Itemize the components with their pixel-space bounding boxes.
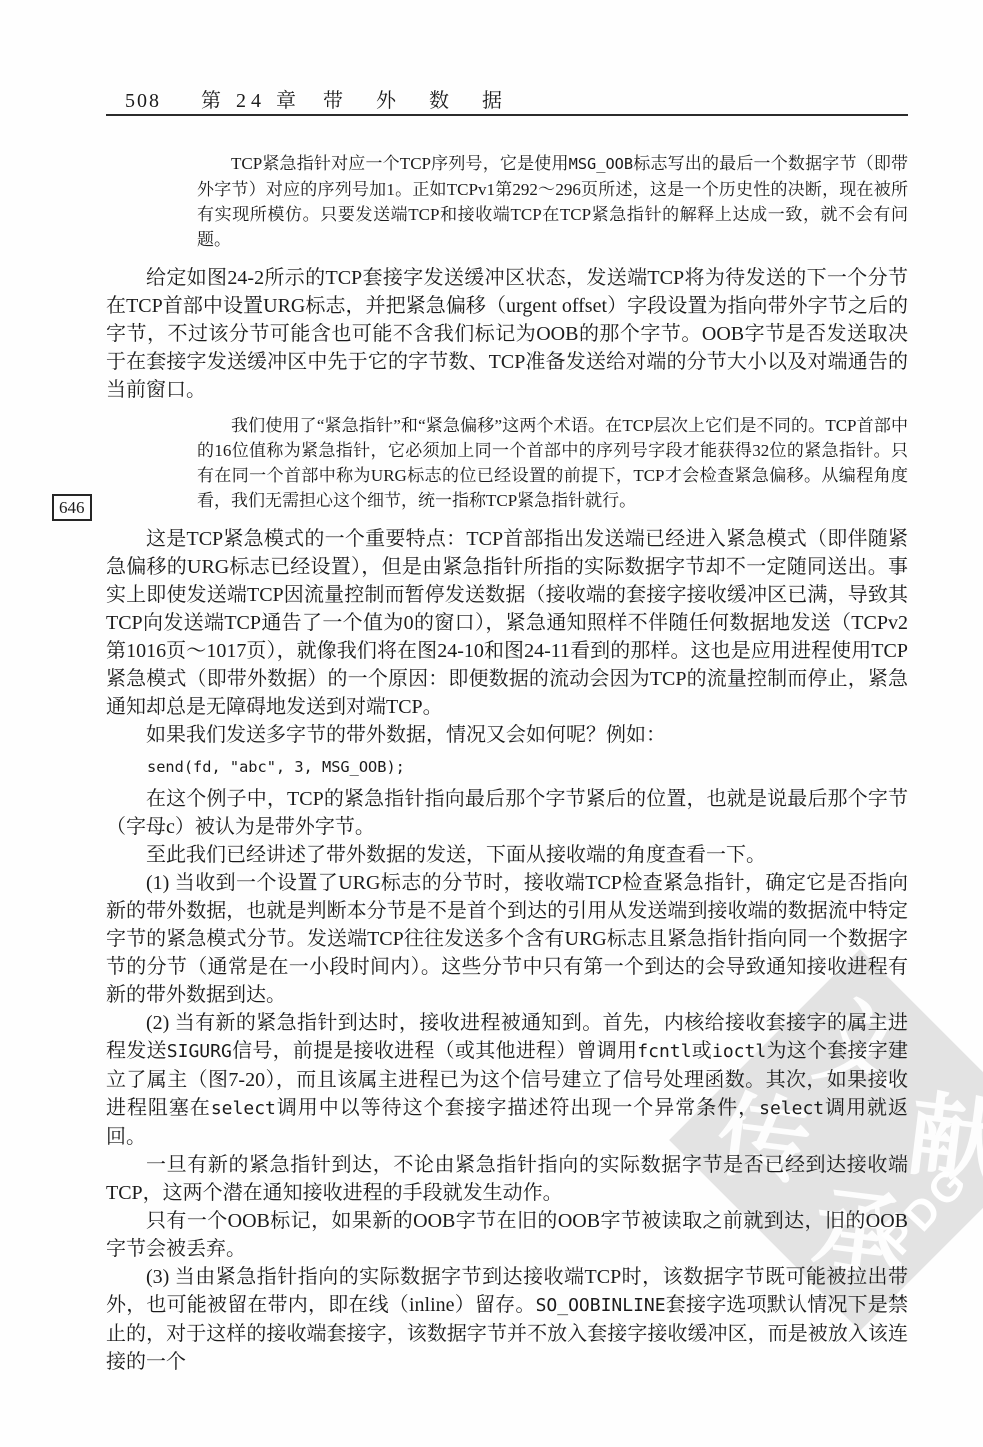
- body-paragraph: 如果我们发送多字节的带外数据，情况又会如何呢？例如：: [106, 721, 908, 749]
- body-paragraph: 只有一个OOB标记，如果新的OOB字节在旧的OOB字节被读取之前就到达，旧的OO…: [106, 1207, 908, 1263]
- header-rule: [106, 114, 908, 116]
- text-segment: 只有一个OOB标记，如果新的OOB字节在旧的OOB字节被读取之前就到达，旧的OO…: [106, 1210, 908, 1260]
- body-paragraph: 一旦有新的紧急指针到达，不论由紧急指针指向的实际数据字节是否已经到达接收端TCP…: [106, 1151, 908, 1207]
- text-segment: TCP紧急指针对应一个TCP序列号，它是使用: [231, 154, 569, 173]
- body-paragraph: (3) 当由紧急指针指向的实际数据字节到达接收端TCP时，该数据字节既可能被拉出…: [106, 1263, 908, 1376]
- text-segment: (1) 当收到一个设置了URG标志的分节时，接收端TCP检查紧急指针，确定它是否…: [106, 872, 908, 1006]
- body-paragraph: 在这个例子中，TCP的紧急指针指向最后那个字节紧后的位置，也就是说最后那个字节（…: [106, 785, 908, 841]
- inline-code: select: [211, 1098, 276, 1119]
- note-paragraph: 我们使用了“紧急指针”和“紧急偏移”这两个术语。在TCP层次上它们是不同的。TC…: [197, 413, 908, 513]
- text-segment: 一旦有新的紧急指针到达，不论由紧急指针指向的实际数据字节是否已经到达接收端TCP…: [106, 1154, 908, 1204]
- body-paragraph: 给定如图24-2所示的TCP套接字发送缓冲区状态，发送端TCP将为待发送的下一个…: [106, 264, 908, 404]
- page-body: TCP紧急指针对应一个TCP序列号，它是使用MSG_OOB标志写出的最后一个数据…: [106, 142, 908, 1376]
- page-header: 508 第 24 章 带 外 数 据: [106, 84, 908, 113]
- chapter-label: 第 24 章: [201, 84, 301, 113]
- inline-code: select: [759, 1098, 824, 1119]
- text-segment: 我们使用了“紧急指针”和“紧急偏移”这两个术语。在TCP层次上它们是不同的。TC…: [197, 416, 908, 510]
- code-line: send(fd, "abc", 3, MSG_OOB);: [147, 755, 908, 779]
- body-paragraph: (1) 当收到一个设置了URG标志的分节时，接收端TCP检查紧急指针，确定它是否…: [106, 869, 908, 1009]
- page-number: 508: [125, 90, 161, 113]
- text-segment: 至此我们已经讲述了带外数据的发送，下面从接收端的角度查看一下。: [146, 844, 766, 866]
- body-paragraph: (2) 当有新的紧急指针到达时，接收进程被通知到。首先，内核给接收套接字的属主进…: [106, 1009, 908, 1151]
- inline-code: SIGURG: [167, 1041, 232, 1062]
- margin-page-marker: 646: [52, 494, 92, 521]
- inline-code: MSG_OOB: [569, 155, 633, 173]
- text-segment: 信号，前提是接收进程（或其他进程）曾调用: [232, 1040, 637, 1062]
- chapter-title: 带 外 数 据: [323, 84, 516, 113]
- text-segment: 给定如图24-2所示的TCP套接字发送缓冲区状态，发送端TCP将为待发送的下一个…: [106, 267, 908, 401]
- text-segment: 如果我们发送多字节的带外数据，情况又会如何呢？例如：: [146, 724, 666, 746]
- text-segment: 在这个例子中，TCP的紧急指针指向最后那个字节紧后的位置，也就是说最后那个字节（…: [106, 788, 908, 838]
- text-segment: 调用中以等待这个套接字描述符出现一个异常条件，: [276, 1097, 759, 1119]
- book-page: 文献传承 PDG 508 第 24 章 带 外 数 据 646 TCP紧急指针对…: [0, 0, 983, 1447]
- text-segment: 或: [691, 1040, 712, 1062]
- body-paragraph: 这是TCP紧急模式的一个重要特点：TCP首部指出发送端已经进入紧急模式（即伴随紧…: [106, 525, 908, 721]
- inline-code: SO_OOBINLINE: [536, 1295, 666, 1316]
- inline-code: send(fd, "abc", 3, MSG_OOB);: [147, 758, 405, 776]
- note-paragraph: TCP紧急指针对应一个TCP序列号，它是使用MSG_OOB标志写出的最后一个数据…: [197, 151, 908, 252]
- inline-code: ioctl: [712, 1041, 766, 1062]
- inline-code: fcntl: [637, 1041, 691, 1062]
- body-paragraph: 至此我们已经讲述了带外数据的发送，下面从接收端的角度查看一下。: [106, 841, 908, 869]
- text-segment: 这是TCP紧急模式的一个重要特点：TCP首部指出发送端已经进入紧急模式（即伴随紧…: [106, 528, 908, 718]
